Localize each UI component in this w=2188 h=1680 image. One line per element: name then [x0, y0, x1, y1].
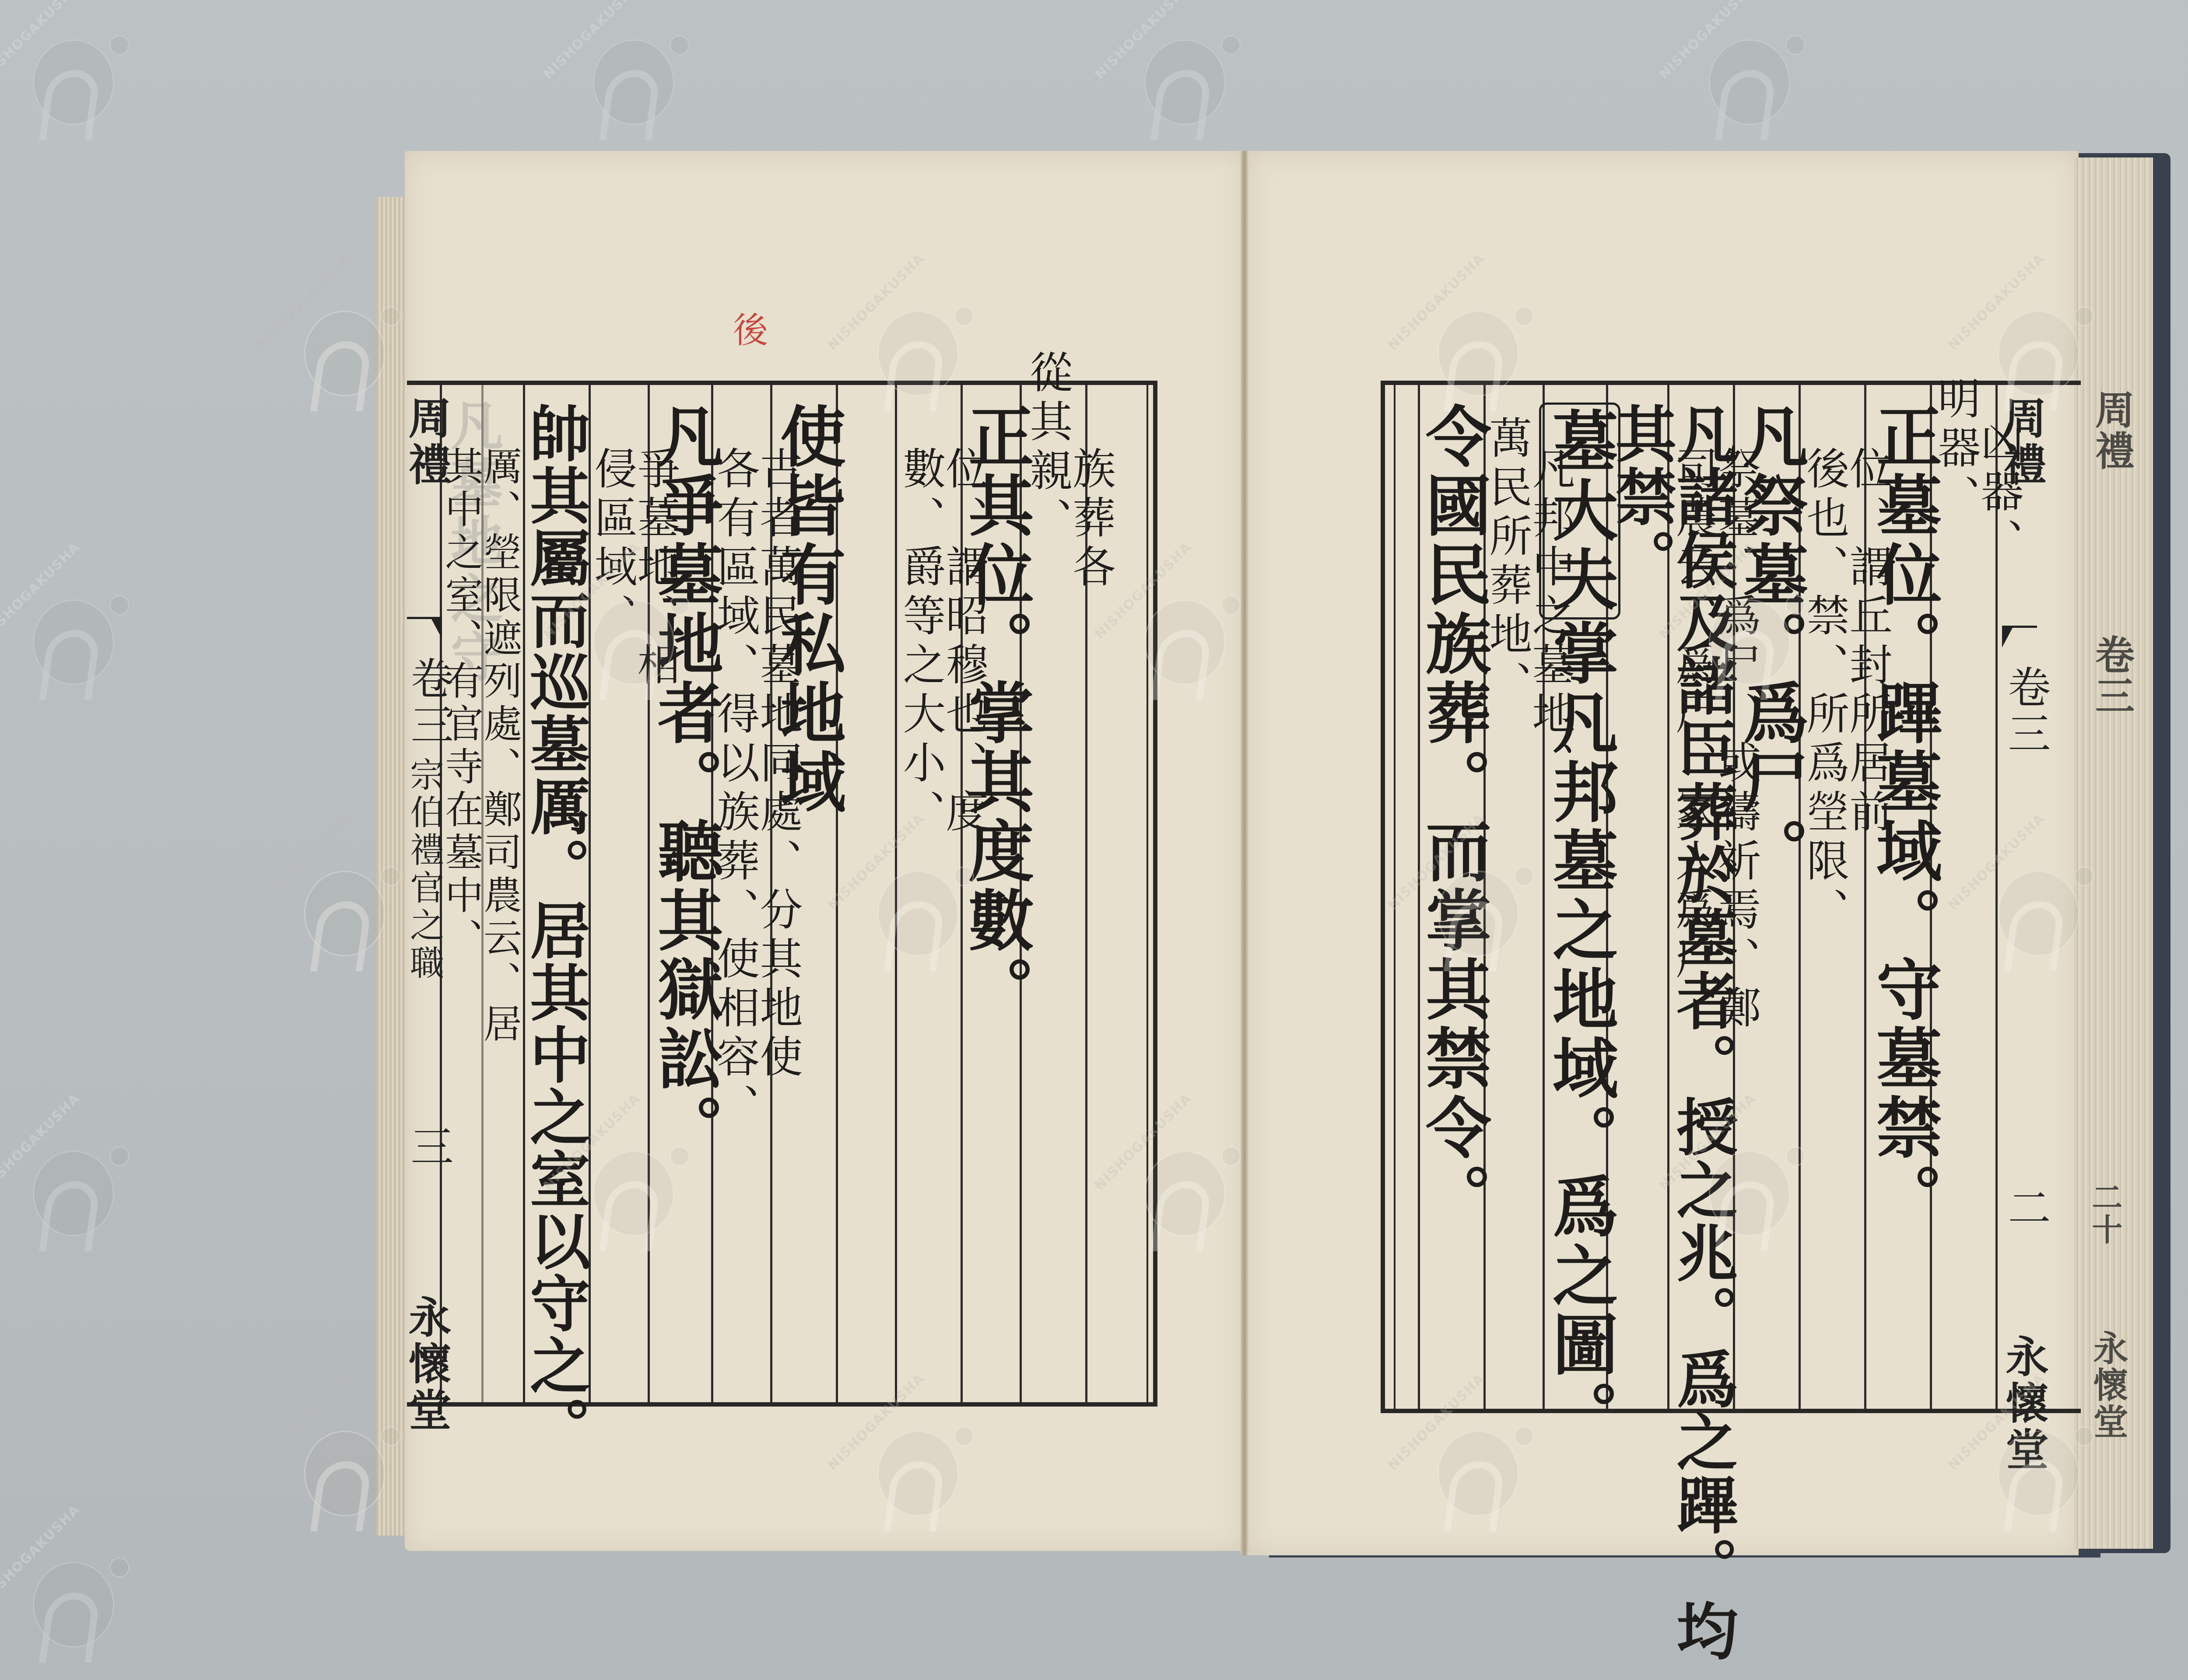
watermark-logo-icon: NISHOGAKUSHA: [569, 9, 683, 122]
watermark-logo-icon: NISHOGAKUSHA: [1120, 9, 1234, 122]
red-seal-mark: 後: [733, 302, 768, 352]
center-column-volume: 卷三: [2004, 665, 2047, 758]
main-text-column: 帥其屬而巡墓厲。居其中之室以守之。: [525, 402, 586, 1459]
annotation-column: 凶器、明器、: [1934, 420, 2020, 567]
center-column-publisher: 永懷堂: [405, 1295, 448, 1434]
center-column-section: 宗伯禮官之職: [407, 757, 441, 983]
main-text-column: 令國民族葬。而掌其禁令。: [1420, 402, 1486, 1232]
annotation-column: 凡邦中之墓地、萬民所葬地、: [1486, 446, 1571, 789]
main-text-column: 凡諸侯及諸臣葬於墓者。授之兆。爲之蹕。均其禁。: [1610, 402, 1733, 1680]
watermark-logo-icon: NISHOGAKUSHA: [9, 9, 123, 122]
frame-inner-line: [1147, 385, 1148, 1402]
watermark-logo-icon: NISHOGAKUSHA: [9, 569, 123, 682]
center-column-publisher: 永懷堂: [2002, 1334, 2045, 1473]
center-column-page-number: 三: [407, 1124, 450, 1171]
annotation-column: 位、謂丘封所居前後也、禁、所爲塋限、: [1803, 446, 1889, 936]
watermark-logo-icon: NISHOGAKUSHA: [1685, 9, 1799, 122]
frame-inner-line: [1394, 385, 1396, 1409]
fore-edge-title: 周禮: [2083, 389, 2140, 472]
annotation-column: 位、謂昭穆也、度數、爵等之大小、: [899, 446, 985, 838]
annotation-column: 族葬各從其親、: [1026, 446, 1112, 593]
fore-edge-volume: 卷三: [2083, 634, 2140, 717]
fore-edge-page: 二十: [2083, 1181, 2127, 1246]
annotation-column: 厲、塋限遮列處、鄭司農云、居其中之室、有官寺在墓中、: [442, 446, 519, 1046]
book-gutter: [1241, 151, 1248, 1555]
watermark-logo-icon: NISHOGAKUSHA: [9, 1120, 123, 1234]
watermark-logo-icon: NISHOGAKUSHA: [9, 1531, 123, 1645]
center-column-page-number: 二: [2004, 1186, 2047, 1232]
annotation-column: 古者萬民墓地同處、分其地使各有區域、得以族葬、使相容、: [713, 446, 799, 1132]
annotation-column: 爭墓地、相侵區域、: [591, 446, 677, 691]
fore-edge-publisher: 永懷堂: [2083, 1330, 2133, 1440]
